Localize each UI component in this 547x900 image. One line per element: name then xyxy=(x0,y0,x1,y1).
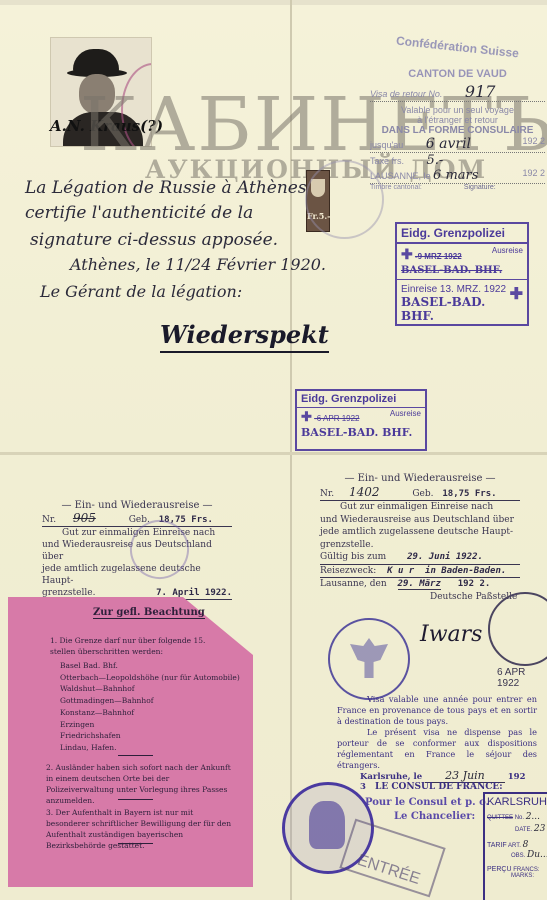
stamp-date: -6 APR 1922 xyxy=(314,414,359,423)
no-label: No. xyxy=(515,815,524,821)
visa-nr-row: Nr. 1402 Geb. 18,75 Frs. xyxy=(320,486,520,502)
swiss-visa-no-label: Visa de retour No. xyxy=(370,89,442,99)
legation-signature: Wiederspekt xyxy=(160,320,329,353)
notice-place: Konstanz—Bahnhof xyxy=(60,707,250,719)
eagle-icon xyxy=(350,638,388,678)
notice-item1: 1. Die Grenze darf nur über folgende 15.… xyxy=(50,635,210,657)
notice-divider xyxy=(118,755,153,756)
date-value: 23 xyxy=(534,824,545,834)
stamp-place-2: BASEL-BAD. BHF. xyxy=(397,295,527,323)
legation-line-4: Athènes, le 11/24 Février 1920. xyxy=(70,255,326,274)
visa-title: — Ein- und Wiederausreise — xyxy=(42,500,232,512)
visa-body-4: grenzstelle. xyxy=(320,539,520,552)
legation-line-5: Le Gérant de la légation: xyxy=(40,282,242,301)
notice-item3: 3. Der Aufenthalt in Bayern ist nur mit … xyxy=(46,807,236,851)
notice-title: Zur gefl. Beachtung xyxy=(93,607,205,619)
swiss-footer-row: Timbre cantonal: Signature: xyxy=(370,184,545,191)
notice-places: Basel Bad. Bhf. Otterbach—Leopoldshöhe (… xyxy=(60,660,250,754)
visa-body-2: und Wiederausreise aus Deutschland über xyxy=(320,514,520,527)
swiss-until-label: jusqu'au xyxy=(370,140,403,150)
marks-label: MARKS: xyxy=(511,873,534,879)
nr-value: 905 xyxy=(73,511,96,525)
date-stamp: 6 APR 1922 xyxy=(497,667,547,689)
notice-content: Zur gefl. Beachtung 1. Die Grenze darf n… xyxy=(8,597,253,887)
quittee-label: QUITTEE xyxy=(487,815,513,821)
swiss-place-value: 6 mars xyxy=(433,168,478,183)
swiss-taxe-row: Taxe frs. 5.- xyxy=(370,153,545,168)
french-visa-p1: Visa valable une année pour entrer en Fr… xyxy=(337,694,537,727)
paper-top-edge xyxy=(0,0,547,5)
date-row: DATE. 23 xyxy=(485,824,547,834)
purpose-row: Reisezweck: K u r in Baden-Baden. xyxy=(320,565,520,579)
karlsruhe-title: KARLSRUHE xyxy=(485,794,547,810)
karlsruhe-stamp: KARLSRUHE QUITTEE No. 2... DATE. 23 TARI… xyxy=(483,792,547,900)
purpose-value: K u r in Baden-Baden. xyxy=(387,566,506,576)
obs-value: Du... xyxy=(527,850,547,860)
legation-line-1: La Légation de Russie à Athènes xyxy=(25,178,307,198)
cross-icon: ✚ xyxy=(301,409,312,424)
geb-value: 18,75 Frs. xyxy=(442,489,496,499)
swiss-until-year: 192 2 xyxy=(522,136,545,146)
legation-line-2: certifie l'authenticité de la xyxy=(25,203,253,223)
notice-place: Waldshut—Bahnhof xyxy=(60,683,250,695)
swiss-line-3: DANS LA FORME CONSULAIRE xyxy=(370,125,545,136)
swiss-sign-label: Signature: xyxy=(464,184,496,191)
swiss-header: Confédération Suisse xyxy=(370,31,546,63)
cross-icon: ✚ xyxy=(510,284,523,304)
french-consul-label: LE CONSUL DE FRANCE: xyxy=(375,782,503,792)
percu-label: PERÇU xyxy=(487,866,512,873)
tarif-label: TARIF xyxy=(487,842,507,849)
nr-label: Nr. xyxy=(320,489,334,499)
stamp-einreise-date: Einreise 13. MRZ. 1922 xyxy=(401,284,506,295)
obs-row: OBS. Du... xyxy=(485,850,547,860)
french-chancelier-label: Le Chancelier: xyxy=(394,811,475,822)
purpose-label: Reisezweck: xyxy=(320,566,376,576)
swiss-until-row: jusqu'au 6 avril 192 2 xyxy=(370,136,545,153)
nr-label: Nr. xyxy=(42,515,56,525)
swiss-line-1: Valable pour un seul voyage xyxy=(370,105,545,115)
cross-icon: ✚ xyxy=(401,246,413,262)
marks-row: MARKS: xyxy=(485,873,547,879)
valid-label: Gültig bis zum xyxy=(320,552,386,562)
notice-place: Basel Bad. Bhf. xyxy=(60,660,250,672)
geb-label: Geb. xyxy=(412,489,433,499)
nr-value: 1402 xyxy=(349,485,380,499)
notice-divider xyxy=(118,843,153,844)
french-place-value: 23 Juin xyxy=(425,769,505,783)
stamp-type: Ausreise xyxy=(390,409,421,418)
legation-line-3: signature ci-dessus apposée. xyxy=(30,230,278,250)
stamp-title: Eidg. Grenzpolizei xyxy=(297,391,425,408)
stamp-date: -9 MRZ 1922 xyxy=(415,252,462,261)
stamp-place: BASEL-BAD. BHF. xyxy=(397,265,527,276)
german-visa-right: — Ein- und Wiederausreise — Nr. 1402 Geb… xyxy=(320,473,520,603)
place-row: Lausanne, den 29. März 192 2. xyxy=(320,578,520,591)
border-stamp-combined: Eidg. Grenzpolizei ✚ -9 MRZ 1922 Ausreis… xyxy=(395,222,529,326)
french-visa-p2: Le présent visa ne dispense pas le porte… xyxy=(337,727,537,771)
swiss-visa-no: 917 xyxy=(465,82,496,101)
place-label: Lausanne, den xyxy=(320,579,387,589)
tarif-row: TARIF ART. 8 xyxy=(485,834,547,850)
stamp-title: Eidg. Grenzpolizei xyxy=(397,224,527,244)
swiss-place-year: 192 2 xyxy=(522,168,545,178)
swiss-taxe-label: Taxe frs. xyxy=(370,156,404,166)
percu-row: PERÇU FRANCS: xyxy=(485,860,547,873)
visa-title: — Ein- und Wiederausreise — xyxy=(320,473,520,486)
date-label: DATE. xyxy=(515,827,532,833)
justice-police-seal xyxy=(305,160,384,239)
french-place-label: Karlsruhe, le xyxy=(360,772,422,782)
swiss-visa-number-row: Visa de retour No. 917 xyxy=(370,82,545,102)
quittee-row: QUITTEE No. 2... xyxy=(485,810,547,824)
stamp-date-2: Einreise 13. MRZ. 1922 ✚ xyxy=(397,279,527,295)
office-signature: Iwars xyxy=(420,622,482,647)
place-value: 29. März xyxy=(398,579,441,590)
art-value: 8 xyxy=(523,840,529,850)
swiss-taxe-value: 5.- xyxy=(427,153,444,168)
place-year: 192 2. xyxy=(458,579,491,589)
border-stamp-ausreise: Eidg. Grenzpolizei ✚ -6 APR 1922 Ausreis… xyxy=(295,389,427,451)
visa-body-1: Gut zur einmaligen Einreise nach xyxy=(320,501,520,514)
stamp-place: BASEL-BAD. BHF. xyxy=(297,426,425,439)
entree-stamp: ENTRÉE xyxy=(339,819,445,898)
swiss-until-value: 6 avril xyxy=(426,136,471,152)
art-label: ART. xyxy=(508,843,521,849)
paskontrolle-seal xyxy=(488,592,547,666)
notice-place: Gottmadingen—Bahnhof xyxy=(60,695,250,707)
obs-label: OBS. xyxy=(511,853,525,859)
stamp-date-row: ✚ -6 APR 1922 Ausreise xyxy=(297,408,425,426)
swiss-place-row: LAUSANNE, le 6 mars 192 2 xyxy=(370,168,545,184)
french-visa: Visa valable une année pour entrer en Fr… xyxy=(337,694,537,771)
french-pour-label: Pour le Consul et p. o. xyxy=(365,797,489,808)
german-consulate-seal xyxy=(328,618,410,700)
notice-place: Friedrichshafen xyxy=(60,730,250,742)
passport-spread: A.N. Kraus(?) КАБИНЕТЪ АУКЦИОННЫЙ ДОМ La… xyxy=(0,0,547,900)
visa-nr-row: Nr. 905 Geb. 18,75 Frs. xyxy=(42,512,232,527)
notice-divider xyxy=(118,799,153,800)
swiss-visa: Confédération Suisse CANTON DE VAUD Visa… xyxy=(370,40,545,191)
notice-place: Otterbach—Leopoldshöhe (nur für Automobi… xyxy=(60,672,250,684)
horizontal-fold xyxy=(0,452,547,455)
stamp-date-row: ✚ -9 MRZ 1922 Ausreise xyxy=(397,244,527,265)
liberty-figure-icon xyxy=(309,801,345,849)
valid-value: 29. Juni 1922. xyxy=(407,552,483,562)
swiss-canton: CANTON DE VAUD xyxy=(370,68,545,80)
notice-place: Erzingen xyxy=(60,719,250,731)
visa-body-3: jede amtlich zugelassene deutsche Haupt- xyxy=(320,526,520,539)
notice-place: Lindau, Hafen. xyxy=(60,742,250,754)
valid-row: Gültig bis zum 29. Juni 1922. xyxy=(320,551,520,565)
stamp-type: Ausreise xyxy=(492,246,523,255)
no-value: 2... xyxy=(526,812,540,822)
swiss-line-2: à l'étranger et retour xyxy=(370,115,545,125)
